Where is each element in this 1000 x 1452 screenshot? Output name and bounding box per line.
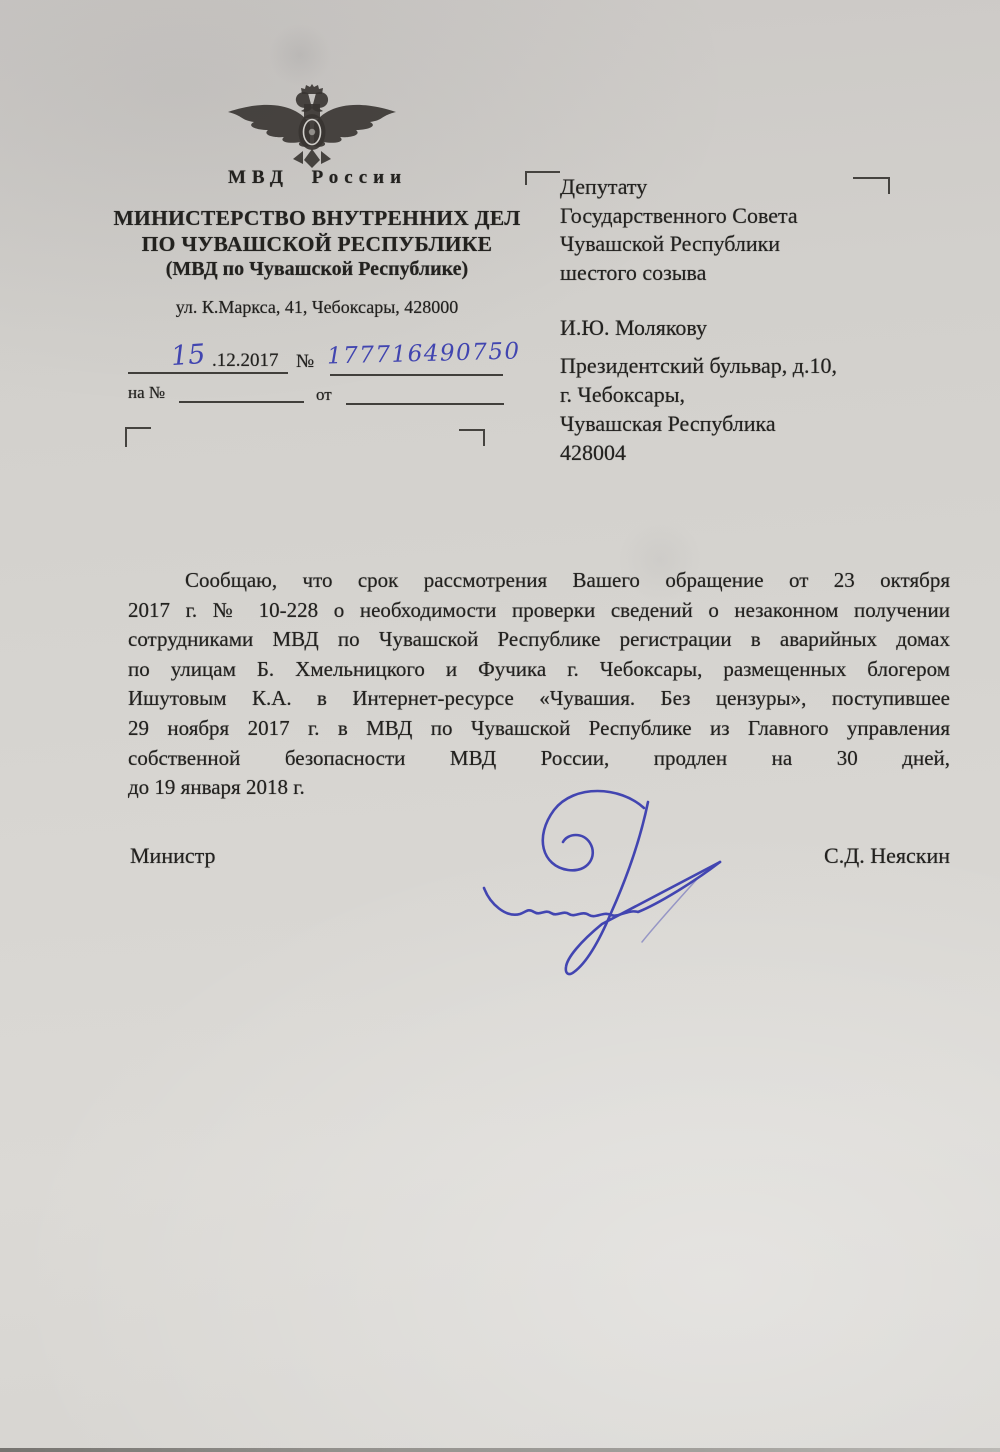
body-line: 29 ноября 2017 г. в МВД по Чувашской Рес… <box>128 714 950 744</box>
addressee-line: Государственного Совета <box>560 202 890 231</box>
address-zone-corner-mark-bottom-left <box>125 427 151 447</box>
printed-date: .12.2017 <box>212 350 279 372</box>
reference-number-label: на № <box>128 383 165 403</box>
addressee-address-line: Президентский бульвар, д.10, <box>560 351 890 380</box>
addressee-line: Чувашской Республики <box>560 230 890 259</box>
org-name-short: МВД России <box>140 167 495 189</box>
scanned-letter-page: МВД России МИНИСТЕРСТВО ВНУТРЕННИХ ДЕЛ П… <box>0 0 1000 1452</box>
handwritten-outgoing-number: 177716490750 <box>327 338 521 369</box>
signer-position: Министр <box>130 843 216 869</box>
address-zone-corner-mark-bottom-right <box>459 429 485 446</box>
reference-from-underline <box>346 403 504 405</box>
org-name-line-3: (МВД по Чувашской Республике) <box>95 257 539 283</box>
date-underline <box>128 372 288 374</box>
reference-from-label: от <box>316 385 332 405</box>
org-name-line-2: ПО ЧУВАШСКОЙ РЕСПУБЛИКЕ <box>95 232 539 258</box>
addressee-name: И.Ю. Молякову <box>560 315 890 341</box>
addressee-address-line: Чувашская Республика <box>560 409 890 438</box>
addressee-title-block: Депутату Государственного Совета Чувашск… <box>560 173 890 287</box>
org-postal-address: ул. К.Маркса, 41, Чебоксары, 428000 <box>95 297 539 318</box>
body-line: сотрудниками МВД по Чувашской Республике… <box>128 625 950 655</box>
reference-number-underline <box>179 401 304 403</box>
addressee-corner-mark-top-left <box>525 171 560 185</box>
body-line: собственной безопасности МВД России, про… <box>128 744 950 774</box>
body-line: по улицам Б. Хмельницкого и Фучика г. Че… <box>128 655 950 685</box>
signer-name: С.Д. Неяскин <box>760 843 950 869</box>
addressee-address-line: 428004 <box>560 438 890 467</box>
mvd-double-headed-eagle-icon <box>224 84 400 168</box>
org-name-block: МИНИСТЕРСТВО ВНУТРЕННИХ ДЕЛ ПО ЧУВАШСКОЙ… <box>95 206 539 283</box>
letter-body: Сообщаю, что срок рассмотрения Вашего об… <box>128 566 950 803</box>
addressee-address-line: г. Чебоксары, <box>560 380 890 409</box>
addressee-address-block: Президентский бульвар, д.10, г. Чебоксар… <box>560 351 890 467</box>
body-line: Сообщаю, что срок рассмотрения Вашего об… <box>128 566 950 596</box>
number-sign: № <box>296 351 314 373</box>
handwritten-day: 15 <box>170 339 206 372</box>
body-line: Ишутовым К.А. в Интернет-ресурсе «Чуваши… <box>128 684 950 714</box>
addressee-line: Депутату <box>560 173 890 202</box>
signature-ink <box>462 782 738 998</box>
scan-edge-shadow <box>0 1448 1000 1452</box>
org-name-line-1: МИНИСТЕРСТВО ВНУТРЕННИХ ДЕЛ <box>95 206 539 232</box>
body-line: 2017 г. № 10-228 о необходимости проверк… <box>128 596 950 626</box>
number-underline <box>330 374 503 376</box>
addressee-line: шестого созыва <box>560 259 890 288</box>
